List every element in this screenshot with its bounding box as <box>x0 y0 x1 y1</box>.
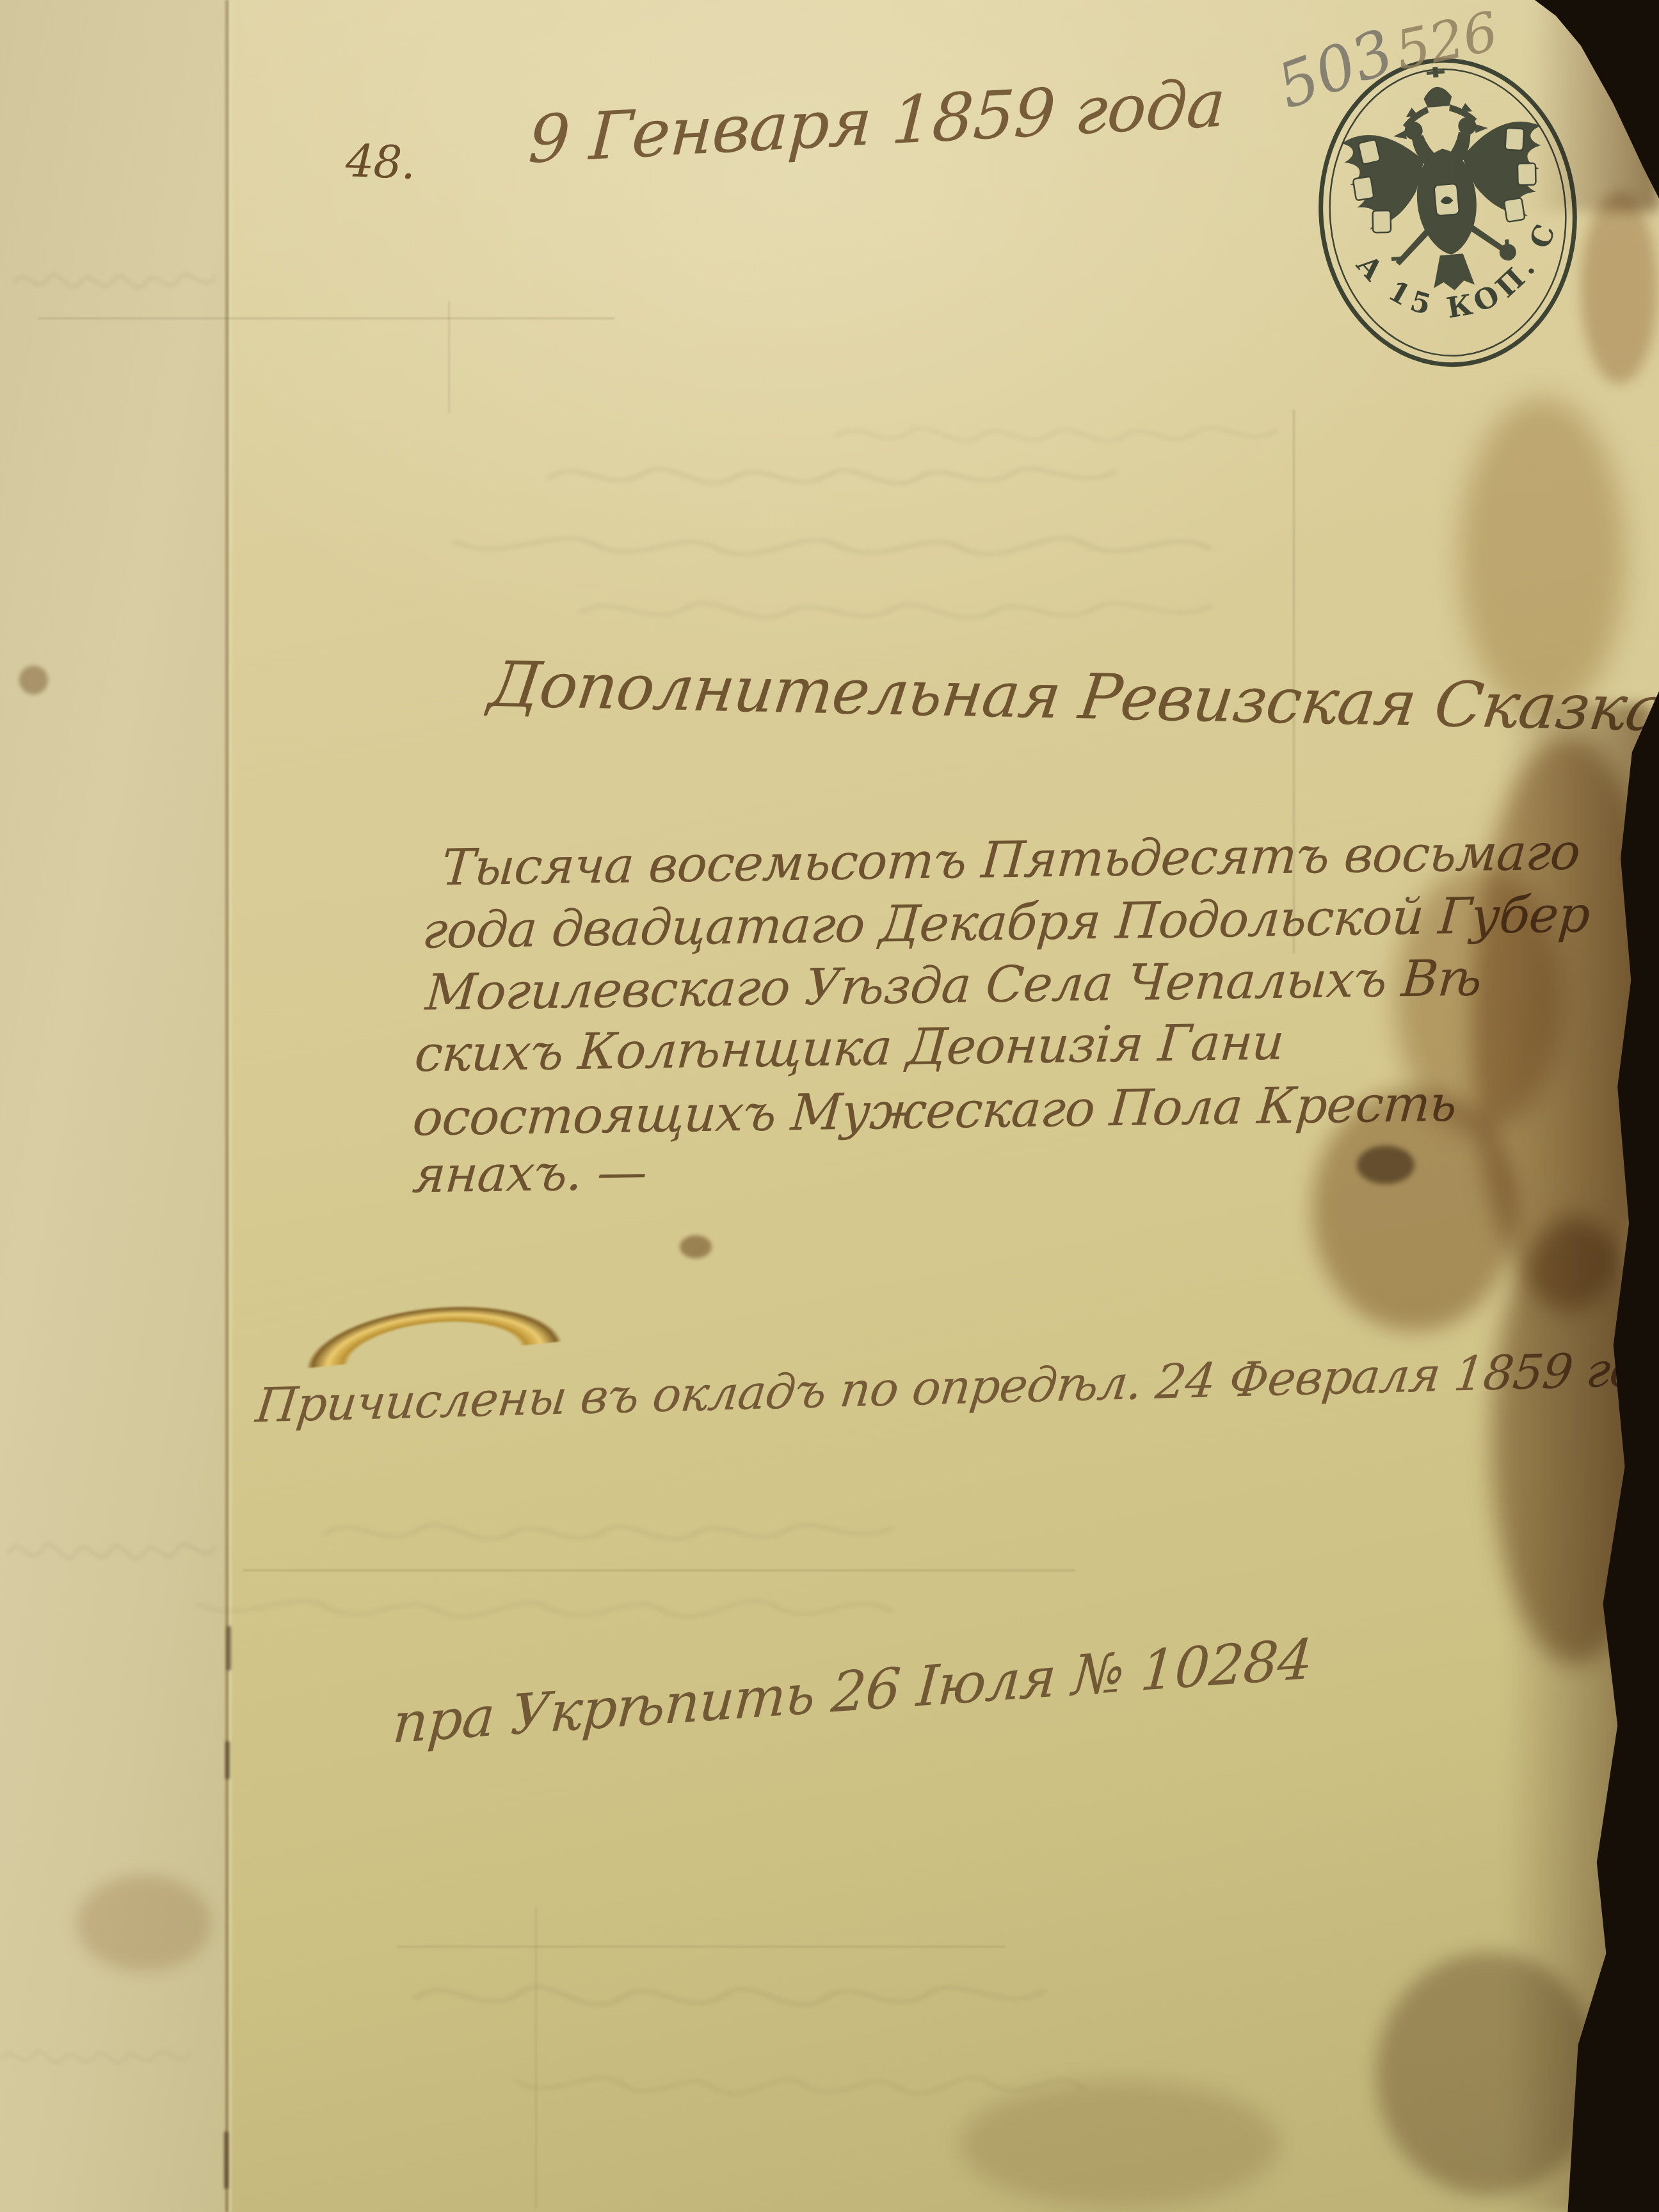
archival-scan: { "page": { "number": "48.", "date_line"… <box>0 0 1659 2212</box>
ghost-writing <box>13 256 218 307</box>
ghost-writing <box>6 1523 218 1581</box>
ghost-writing <box>576 582 1216 640</box>
stain <box>1459 397 1626 717</box>
stain <box>680 1235 712 1258</box>
body-line: Тысяча восемьсотъ Пятьдесятъ восьмаго <box>440 828 1582 894</box>
ghost-writing <box>320 1504 896 1562</box>
page-number: 48. <box>345 138 416 186</box>
ghost-writing <box>410 1962 1050 2032</box>
ghost-writing <box>0 2035 192 2080</box>
body-line: осостоящихъ Мужескаго Пола Кресть <box>411 1079 1458 1144</box>
crease-nick <box>225 1741 230 1779</box>
page-fold-crease <box>224 0 233 2212</box>
faint-rule-line <box>38 317 614 319</box>
ghost-writing <box>832 410 1280 461</box>
stain <box>77 1875 211 1971</box>
stain <box>1357 1146 1415 1184</box>
body-line: скихъ Колѣнщика Деонизія Гани <box>413 1017 1285 1079</box>
crease-nick <box>224 2131 228 2189</box>
body-line: янахъ. — <box>411 1147 648 1200</box>
stain <box>19 666 48 694</box>
stain <box>1312 1088 1517 1331</box>
faint-rule-line <box>243 1569 1075 1571</box>
faint-rule-line <box>448 301 450 413</box>
stain <box>1581 192 1658 384</box>
stain <box>960 2080 1280 2208</box>
body-line: Могилевскаго Уѣзда Села Чепалыхъ Вѣ <box>424 953 1483 1018</box>
faint-rule-line <box>397 1946 1005 1948</box>
ghost-writing <box>448 515 1216 579</box>
ghost-writing <box>192 1578 896 1642</box>
